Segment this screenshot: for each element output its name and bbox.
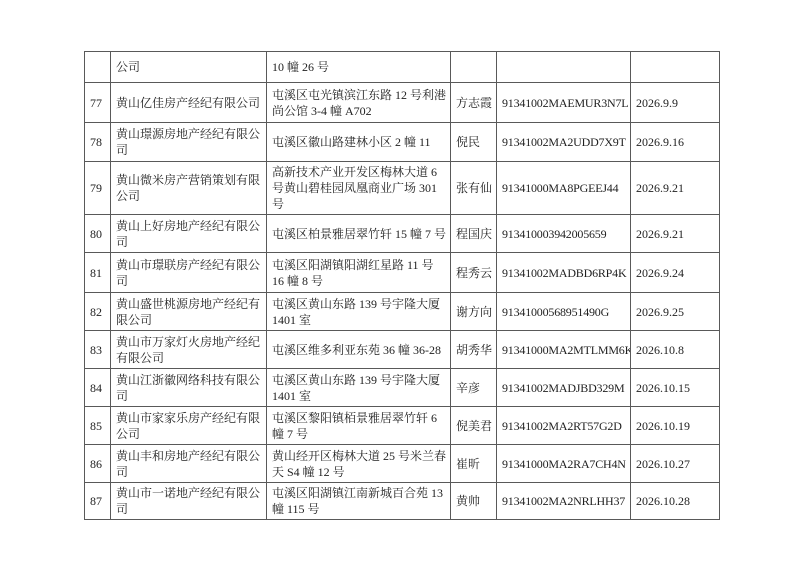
company-cell: 黄山上好房地产经纪有限公司: [111, 215, 267, 253]
table-row: 82 黄山盛世桃源房地产经纪有限公司 屯溪区黄山东路 139 号宇隆大厦 140…: [85, 293, 720, 331]
address-cell: 屯溪区柏景雅居翠竹轩 15 幢 7 号: [267, 215, 451, 253]
credit-code-cell: [497, 52, 631, 83]
credit-code-cell: 91341002MADBD6RP4K: [497, 253, 631, 293]
agent-name-cell: 倪民: [451, 123, 497, 162]
expiry-date-cell: 2026.9.9: [631, 83, 720, 123]
address-cell: 屯溪区阳湖镇阳湖红星路 11 号 16 幢 8 号: [267, 253, 451, 293]
expiry-date-cell: 2026.10.27: [631, 445, 720, 483]
table-row: 86 黄山丰和房地产经纪有限公司 黄山经开区梅林大道 25 号米兰春天 S4 幢…: [85, 445, 720, 483]
row-number-cell: 79: [85, 162, 111, 215]
table-row: 78 黄山璟源房地产经纪有限公司 屯溪区徽山路建林小区 2 幢 11 倪民 91…: [85, 123, 720, 162]
credit-code-cell: 913410003942005659: [497, 215, 631, 253]
address-cell: 屯溪区屯光镇滨江东路 12 号利港尚公馆 3-4 幢 A702: [267, 83, 451, 123]
table-row: 85 黄山市家家乐房产经纪有限公司 屯溪区黎阳镇栢景雅居翠竹轩 6 幢 7 号 …: [85, 407, 720, 445]
address-cell: 屯溪区黄山东路 139 号宇隆大厦 1401 室: [267, 293, 451, 331]
address-cell: 屯溪区阳湖镇江南新城百合苑 13 幢 115 号: [267, 483, 451, 520]
table-row: 80 黄山上好房地产经纪有限公司 屯溪区柏景雅居翠竹轩 15 幢 7 号 程国庆…: [85, 215, 720, 253]
company-cell: 黄山微米房产营销策划有限公司: [111, 162, 267, 215]
expiry-date-cell: 2026.10.8: [631, 331, 720, 369]
table-row: 83 黄山市万家灯火房地产经纪有限公司 屯溪区维多利亚东苑 36 幢 36-28…: [85, 331, 720, 369]
address-cell: 屯溪区维多利亚东苑 36 幢 36-28: [267, 331, 451, 369]
agent-name-cell: 谢方向: [451, 293, 497, 331]
expiry-date-cell: 2026.10.19: [631, 407, 720, 445]
row-number-cell: 78: [85, 123, 111, 162]
table-row: 77 黄山亿佳房产经纪有限公司 屯溪区屯光镇滨江东路 12 号利港尚公馆 3-4…: [85, 83, 720, 123]
expiry-date-cell: 2026.10.15: [631, 369, 720, 407]
credit-code-cell: 91341000MA2RA7CH4N: [497, 445, 631, 483]
row-number-cell: 86: [85, 445, 111, 483]
row-number-cell: 84: [85, 369, 111, 407]
agent-name-cell: 程秀云: [451, 253, 497, 293]
credit-code-cell: 91341002MADJBD329M: [497, 369, 631, 407]
agent-name-cell: 倪美君: [451, 407, 497, 445]
expiry-date-cell: 2026.9.21: [631, 162, 720, 215]
agent-name-cell: [451, 52, 497, 83]
table-row: 79 黄山微米房产营销策划有限公司 高新技术产业开发区梅林大道 6 号黄山碧桂园…: [85, 162, 720, 215]
credit-code-cell: 91341002MA2RT57G2D: [497, 407, 631, 445]
company-cell: 黄山市璟联房产经纪有限公司: [111, 253, 267, 293]
address-cell: 屯溪区徽山路建林小区 2 幢 11: [267, 123, 451, 162]
address-cell: 屯溪区黄山东路 139 号宇隆大厦 1401 室: [267, 369, 451, 407]
expiry-date-cell: 2026.9.21: [631, 215, 720, 253]
company-cell: 黄山市万家灯火房地产经纪有限公司: [111, 331, 267, 369]
row-number-cell: 83: [85, 331, 111, 369]
company-cell: 黄山江浙徽网络科技有限公司: [111, 369, 267, 407]
expiry-date-cell: 2026.10.28: [631, 483, 720, 520]
company-cell: 黄山盛世桃源房地产经纪有限公司: [111, 293, 267, 331]
company-cell: 黄山市家家乐房产经纪有限公司: [111, 407, 267, 445]
company-cell: 黄山璟源房地产经纪有限公司: [111, 123, 267, 162]
table-row: 公司 10 幢 26 号: [85, 52, 720, 83]
table-row: 84 黄山江浙徽网络科技有限公司 屯溪区黄山东路 139 号宇隆大厦 1401 …: [85, 369, 720, 407]
address-cell: 10 幢 26 号: [267, 52, 451, 83]
company-cell: 黄山丰和房地产经纪有限公司: [111, 445, 267, 483]
credit-code-cell: 91341000MA8PGEEJ44: [497, 162, 631, 215]
document-page: 公司 10 幢 26 号 77 黄山亿佳房产经纪有限公司 屯溪区屯光镇滨江东路 …: [0, 0, 800, 565]
agent-name-cell: 胡秀华: [451, 331, 497, 369]
row-number-cell: [85, 52, 111, 83]
row-number-cell: 85: [85, 407, 111, 445]
address-cell: 黄山经开区梅林大道 25 号米兰春天 S4 幢 12 号: [267, 445, 451, 483]
registry-table: 公司 10 幢 26 号 77 黄山亿佳房产经纪有限公司 屯溪区屯光镇滨江东路 …: [84, 51, 720, 520]
agent-name-cell: 程国庆: [451, 215, 497, 253]
credit-code-cell: 91341002MA2UDD7X9T: [497, 123, 631, 162]
credit-code-cell: 91341002MA2NRLHH37: [497, 483, 631, 520]
row-number-cell: 80: [85, 215, 111, 253]
table-row: 81 黄山市璟联房产经纪有限公司 屯溪区阳湖镇阳湖红星路 11 号 16 幢 8…: [85, 253, 720, 293]
row-number-cell: 82: [85, 293, 111, 331]
credit-code-cell: 91341000MA2MTLMM6K: [497, 331, 631, 369]
agent-name-cell: 方志霞: [451, 83, 497, 123]
company-cell: 黄山亿佳房产经纪有限公司: [111, 83, 267, 123]
agent-name-cell: 辛彦: [451, 369, 497, 407]
agent-name-cell: 崔昕: [451, 445, 497, 483]
expiry-date-cell: 2026.9.25: [631, 293, 720, 331]
row-number-cell: 77: [85, 83, 111, 123]
address-cell: 高新技术产业开发区梅林大道 6 号黄山碧桂园凤凰商业广场 301 号: [267, 162, 451, 215]
row-number-cell: 87: [85, 483, 111, 520]
expiry-date-cell: [631, 52, 720, 83]
agent-name-cell: 黄帅: [451, 483, 497, 520]
expiry-date-cell: 2026.9.16: [631, 123, 720, 162]
address-cell: 屯溪区黎阳镇栢景雅居翠竹轩 6 幢 7 号: [267, 407, 451, 445]
agent-name-cell: 张有仙: [451, 162, 497, 215]
table-row: 87 黄山市一诺地产经纪有限公司 屯溪区阳湖镇江南新城百合苑 13 幢 115 …: [85, 483, 720, 520]
credit-code-cell: 91341002MAEMUR3N7L: [497, 83, 631, 123]
company-cell: 黄山市一诺地产经纪有限公司: [111, 483, 267, 520]
credit-code-cell: 91341000568951490G: [497, 293, 631, 331]
company-cell: 公司: [111, 52, 267, 83]
row-number-cell: 81: [85, 253, 111, 293]
expiry-date-cell: 2026.9.24: [631, 253, 720, 293]
